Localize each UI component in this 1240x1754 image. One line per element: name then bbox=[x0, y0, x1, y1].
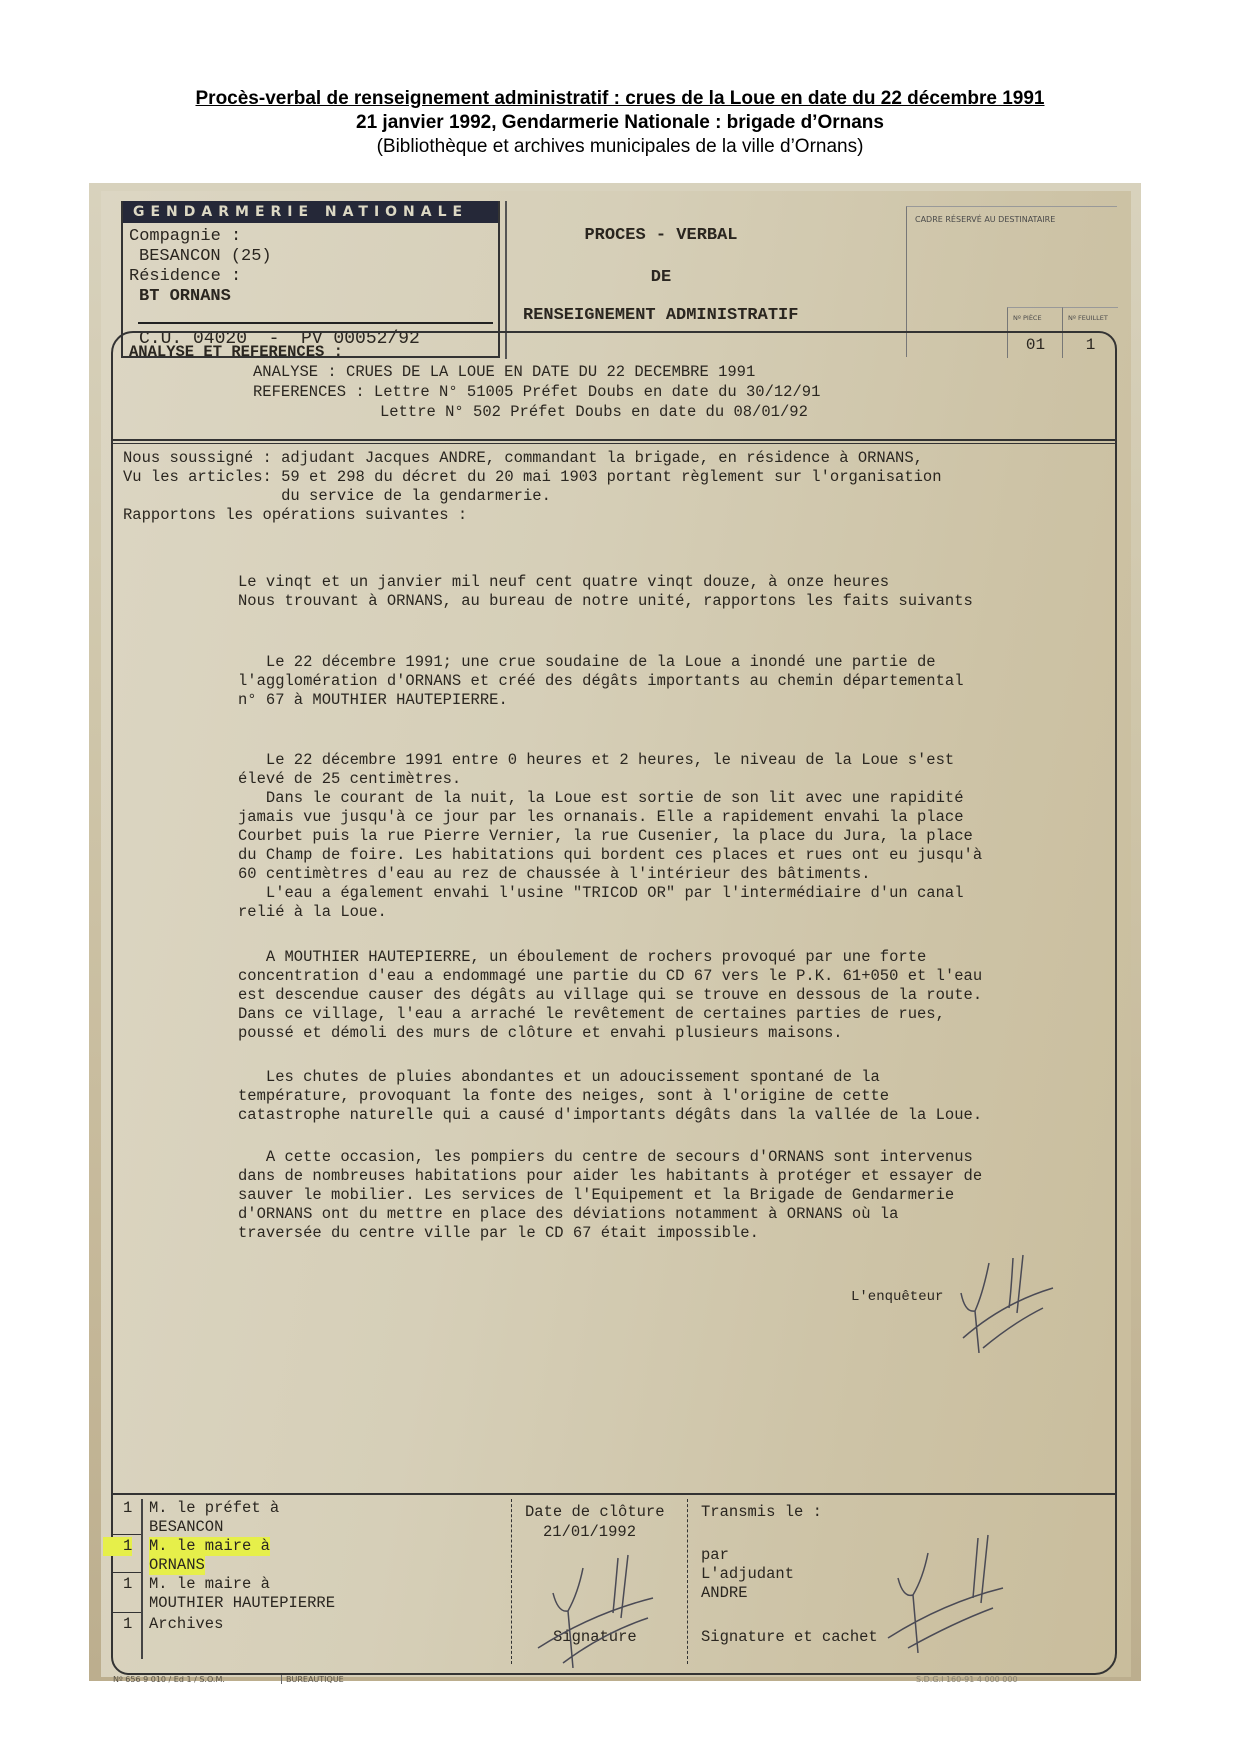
distribution-count: 1 bbox=[123, 1615, 132, 1634]
text-line: sauver le mobilier. Les services de l'Eq… bbox=[238, 1186, 982, 1205]
paragraph-3: A MOUTHIER HAUTEPIERRE, un éboulement de… bbox=[238, 948, 982, 1043]
text-line: Les chutes de pluies abondantes et un ad… bbox=[238, 1068, 982, 1087]
analyse-line: ANALYSE : CRUES DE LA LOUE EN DATE DU 22… bbox=[253, 363, 755, 382]
investigator-signature bbox=[953, 1253, 1063, 1353]
text-line: A MOUTHIER HAUTEPIERRE, un éboulement de… bbox=[238, 948, 982, 967]
bureautique-label: BUREAUTIQUE bbox=[281, 1675, 344, 1684]
document-subtitle: 21 janvier 1992, Gendarmerie Nationale :… bbox=[0, 112, 1240, 134]
preamble-line: du service de la gendarmerie. bbox=[123, 487, 942, 506]
text-line: poussé et démoli des murs de clôture et … bbox=[238, 1024, 982, 1043]
distribution-recipient: M. le préfet à bbox=[149, 1499, 279, 1518]
paragraph-2: Le 22 décembre 1991 entre 0 heures et 2 … bbox=[238, 751, 982, 922]
document-title: Procès-verbal de renseignement administr… bbox=[0, 88, 1240, 110]
distribution-count: 1 bbox=[103, 1537, 132, 1556]
transmitted-signature bbox=[883, 1533, 1013, 1653]
preamble-line: Vu les articles: 59 et 298 du décret du … bbox=[123, 468, 942, 487]
divider bbox=[141, 1499, 143, 1659]
compagnie-value: BESANCON (25) bbox=[139, 247, 272, 266]
text-line: du Champ de foire. Les habitations qui b… bbox=[238, 846, 982, 865]
text-line: Nous trouvant à ORNANS, au bureau de not… bbox=[238, 592, 973, 611]
distribution-place: ORNANS bbox=[149, 1556, 205, 1575]
transmitted-signature-label: Signature et cachet bbox=[701, 1628, 878, 1647]
distribution-recipient: M. le maire à bbox=[149, 1575, 270, 1594]
piece-number-label: Nº PIÈCE bbox=[1013, 314, 1042, 322]
distribution-place: MOUTHIER HAUTEPIERRE bbox=[149, 1594, 335, 1613]
residence-label: Résidence : bbox=[129, 267, 241, 286]
section-divider bbox=[113, 439, 1115, 441]
text-line: Le 22 décembre 1991; une crue soudaine d… bbox=[238, 653, 964, 672]
distribution-count: 1 bbox=[123, 1575, 132, 1594]
text-line: jamais vue jusqu'à ce jour par les ornan… bbox=[238, 808, 982, 827]
text-line: élevé de 25 centimètres. bbox=[238, 770, 982, 789]
text-line: concentration d'eau a endommagé une part… bbox=[238, 967, 982, 986]
pv-title-line1: PROCES - VERBAL bbox=[541, 226, 781, 245]
text-line: Courbet puis la rue Pierre Vernier, la r… bbox=[238, 827, 982, 846]
divider bbox=[687, 1499, 688, 1664]
closure-date: 21/01/1992 bbox=[543, 1523, 636, 1542]
document-source: (Bibliothèque et archives municipales de… bbox=[0, 136, 1240, 158]
distribution-place: BESANCON bbox=[149, 1518, 223, 1537]
text-line: L'eau a également envahi l'usine "TRICOD… bbox=[238, 884, 982, 903]
text-line: d'ORNANS ont du mettre en place des dévi… bbox=[238, 1205, 982, 1224]
text-line: Le 22 décembre 1991 entre 0 heures et 2 … bbox=[238, 751, 982, 770]
text-line: l'agglomération d'ORNANS et créé des dég… bbox=[238, 672, 964, 691]
compagnie-label: Compagnie : bbox=[129, 227, 241, 246]
print-reference: S.D.G.I 160-91 4 000 000 bbox=[916, 1675, 1018, 1684]
preamble-line: Rapportons les opérations suivantes : bbox=[123, 506, 942, 525]
preamble: Nous soussigné : adjudant Jacques ANDRE,… bbox=[123, 449, 942, 525]
text-line: A cette occasion, les pompiers du centre… bbox=[238, 1148, 982, 1167]
transmitted-label: Transmis le : bbox=[701, 1503, 822, 1522]
divider bbox=[138, 322, 493, 324]
section-divider bbox=[113, 443, 1115, 444]
paragraph-1: Le 22 décembre 1991; une crue soudaine d… bbox=[238, 653, 964, 710]
residence-value: BT ORNANS bbox=[139, 287, 231, 306]
recipient-reserved-label: CADRE RÉSERVÉ AU DESTINATAIRE bbox=[915, 215, 1055, 224]
text-line: relié à la Loue. bbox=[238, 903, 982, 922]
form-reference: Nº 656 9 010 / Ed 1 / S.O.M. bbox=[113, 1675, 225, 1684]
paragraph-5: A cette occasion, les pompiers du centre… bbox=[238, 1148, 982, 1243]
references-line1: REFERENCES : Lettre N° 51005 Préfet Doub… bbox=[253, 383, 820, 402]
closure-date-label: Date de clôture bbox=[525, 1503, 665, 1522]
divider bbox=[113, 1534, 141, 1535]
text-line: n° 67 à MOUTHIER HAUTEPIERRE. bbox=[238, 691, 964, 710]
investigator-label: L'enquêteur bbox=[851, 1288, 943, 1307]
main-frame: ANALYSE ET REFERENCES : ANALYSE : CRUES … bbox=[111, 331, 1117, 1675]
divider bbox=[511, 1499, 512, 1664]
sheet-number-label: Nº FEUILLET bbox=[1068, 314, 1108, 322]
text-line: Dans ce village, l'eau a arraché le revê… bbox=[238, 1005, 982, 1024]
distribution-recipient: M. le maire à bbox=[149, 1537, 270, 1556]
transmitted-name: ANDRE bbox=[701, 1584, 748, 1603]
paper-sheet: GENDARMERIE NATIONALE Compagnie : BESANC… bbox=[101, 191, 1131, 1677]
text-line: 60 centimètres d'eau au rez de chaussée … bbox=[238, 865, 982, 884]
preamble-line: Nous soussigné : adjudant Jacques ANDRE,… bbox=[123, 449, 942, 468]
paragraph-4: Les chutes de pluies abondantes et un ad… bbox=[238, 1068, 982, 1125]
text-line: température, provoquant la fonte des nei… bbox=[238, 1087, 982, 1106]
text-line: est descendue causer des dégâts au villa… bbox=[238, 986, 982, 1005]
text-line: dans de nombreuses habitations pour aide… bbox=[238, 1167, 982, 1186]
text-line: Dans le courant de la nuit, la Loue est … bbox=[238, 789, 982, 808]
pv-title-line3: RENSEIGNEMENT ADMINISTRATIF bbox=[523, 306, 798, 325]
divider bbox=[113, 1612, 141, 1613]
pv-title-line2: DE bbox=[541, 268, 781, 287]
transmitted-by-label: par bbox=[701, 1546, 729, 1565]
text-line: traversée du centre ville par le CD 67 é… bbox=[238, 1224, 982, 1243]
divider bbox=[113, 1572, 141, 1573]
intro-paragraph: Le vinqt et un janvier mil neuf cent qua… bbox=[238, 573, 973, 611]
distribution-count: 1 bbox=[123, 1499, 132, 1518]
closure-signature bbox=[533, 1553, 673, 1668]
distribution-recipient: Archives bbox=[149, 1615, 223, 1634]
gendarmerie-band: GENDARMERIE NATIONALE bbox=[123, 201, 498, 223]
scanned-document-photo: GENDARMERIE NATIONALE Compagnie : BESANC… bbox=[89, 183, 1141, 1681]
section-divider bbox=[113, 1493, 1115, 1495]
analyse-heading: ANALYSE ET REFERENCES : bbox=[129, 343, 343, 362]
text-line: catastrophe naturelle qui a causé d'impo… bbox=[238, 1106, 982, 1125]
transmitted-rank: L'adjudant bbox=[701, 1565, 794, 1584]
text-line: Le vinqt et un janvier mil neuf cent qua… bbox=[238, 573, 973, 592]
references-line2: Lettre N° 502 Préfet Doubs en date du 08… bbox=[380, 403, 808, 422]
